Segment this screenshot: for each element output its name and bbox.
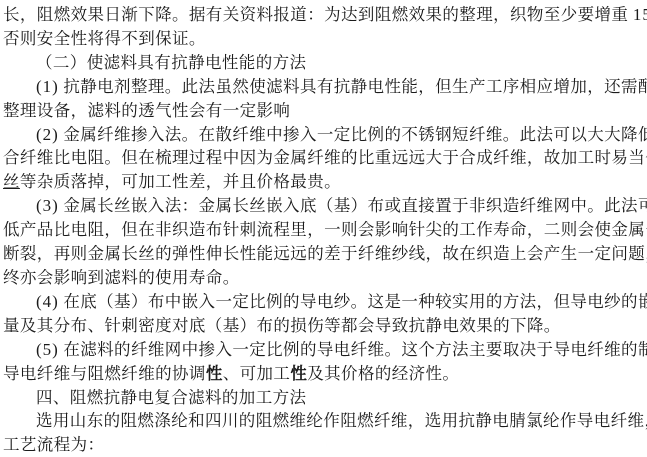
document-page: 长，阻燃效果日渐下降。据有关资料报道：为达到阻燃效果的整理，织物至少要增重 15… (0, 0, 647, 457)
text-segment: 金属纤维掺入法。在散纤维中掺入一定比例的不锈钢短纤维。此法可以大大降低混 (59, 125, 647, 144)
text-segment: 量及其分布、针刺密度对底（基）布的损伤等都会导致抗静电效果的下降。 (3, 316, 561, 335)
text-line: 长，阻燃效果日渐下降。据有关资料报道：为达到阻燃效果的整理，织物至少要增重 15… (3, 3, 647, 27)
text-line: 四、阻燃抗静电复合滤料的加工方法 (3, 386, 647, 410)
text-segment: (3) (36, 196, 59, 215)
text-segment: 性 (290, 364, 307, 383)
text-segment: (2) (36, 125, 59, 144)
text-line: 断裂，再则金属长丝的弹性伸长性能远远的差于纤维纱线，故在织造上会产生一定问题，最 (3, 242, 647, 266)
text-segment: 金属长丝嵌入法：金属长丝嵌入底（基）布或直接置于非织造纤维网中。此法可降 (59, 196, 647, 215)
text-line: (2) 金属纤维掺入法。在散纤维中掺入一定比例的不锈钢短纤维。此法可以大大降低混 (3, 123, 647, 147)
document-body: 长，阻燃效果日渐下降。据有关资料报道：为达到阻燃效果的整理，织物至少要增重 15… (3, 3, 647, 457)
text-segment: 、可加工 (223, 364, 291, 383)
text-line: (3) 金属长丝嵌入法：金属长丝嵌入底（基）布或直接置于非织造纤维网中。此法可降 (3, 194, 647, 218)
text-segment: 终亦会影响到滤料的使用寿命。 (3, 268, 240, 287)
text-segment: 选用山东的阻燃涤纶和四川的阻燃维纶作阻燃纤维，选用抗静电腈氯纶作导电纤维，其 (36, 411, 647, 430)
text-line: 丝等杂质落掉，可加工性差，并且价格最贵。 (3, 170, 647, 194)
text-line: 导电纤维与阻燃纤维的协调性、可加工性及其价格的经济性。 (3, 362, 647, 386)
text-line: 合纤维比电阻。但在梳理过程中因为金属纤维的比重远远大于合成纤维，故加工时易当作并 (3, 146, 647, 170)
text-segment: 合纤维比电阻。但在梳理过程中因为金属纤维的比重远远大于合成纤维，故加工时易当作并 (3, 148, 647, 167)
text-line: 工艺流程为： (3, 433, 647, 457)
text-segment: 抗静电剂整理。此法虽然使滤料具有抗静电性能，但生产工序相应增加，还需配备 (59, 77, 647, 96)
text-line: 终亦会影响到滤料的使用寿命。 (3, 266, 647, 290)
text-line: 量及其分布、针刺密度对底（基）布的损伤等都会导致抗静电效果的下降。 (3, 314, 647, 338)
text-line: (4) 在底（基）布中嵌入一定比例的导电纱。这是一种较实用的方法，但导电纱的嵌入 (3, 290, 647, 314)
text-segment: (1) (36, 77, 59, 96)
text-segment: 及其价格的经济性。 (307, 364, 459, 383)
text-line: (1) 抗静电剂整理。此法虽然使滤料具有抗静电性能，但生产工序相应增加，还需配备 (3, 75, 647, 99)
text-line: 整理设备，滤料的透气性会有一定影响 (3, 99, 647, 123)
text-line: 否则安全性将得不到保证。 (3, 27, 647, 51)
text-segment: 15% (633, 5, 647, 24)
text-segment: 低产品比电阻，但在非织造布针刺流程里，一则会影响针尖的工作寿命，二则会使金属长丝 (3, 220, 647, 239)
text-segment: 在底（基）布中嵌入一定比例的导电纱。这是一种较实用的方法，但导电纱的嵌入 (59, 292, 647, 311)
text-line: （二）使滤料具有抗静电性能的方法 (3, 51, 647, 75)
text-segment: （二）使滤料具有抗静电性能的方法 (36, 53, 306, 72)
text-segment: 导电纤维与阻燃纤维的协调 (3, 364, 206, 383)
text-segment: 整理设备，滤料的透气性会有一定影响 (3, 101, 290, 120)
text-segment: 长，阻燃效果日渐下降。据有关资料报道：为达到阻燃效果的整理，织物至少要增重 (3, 5, 633, 24)
text-segment: 四、阻燃抗静电复合滤料的加工方法 (36, 388, 306, 407)
text-segment: 丝 (3, 172, 20, 191)
text-line: 低产品比电阻，但在非织造布针刺流程里，一则会影响针尖的工作寿命，二则会使金属长丝 (3, 218, 647, 242)
text-line: 选用山东的阻燃涤纶和四川的阻燃维纶作阻燃纤维，选用抗静电腈氯纶作导电纤维，其 (3, 409, 647, 433)
text-line: (5) 在滤料的纤维网中掺入一定比例的导电纤维。这个方法主要取决于导电纤维的制备… (3, 338, 647, 362)
text-segment: 否则安全性将得不到保证。 (3, 29, 206, 48)
text-segment: 工艺流程为： (3, 435, 104, 454)
text-segment: 性 (206, 364, 223, 383)
text-segment: 等杂质落掉，可加工性差，并且价格最贵。 (20, 172, 341, 191)
text-segment: (5) (36, 340, 59, 359)
text-segment: (4) (36, 292, 59, 311)
text-segment: 断裂，再则金属长丝的弹性伸长性能远远的差于纤维纱线，故在织造上会产生一定问题，最 (3, 244, 647, 263)
text-segment: 在滤料的纤维网中掺入一定比例的导电纤维。这个方法主要取决于导电纤维的制备， (59, 340, 647, 359)
